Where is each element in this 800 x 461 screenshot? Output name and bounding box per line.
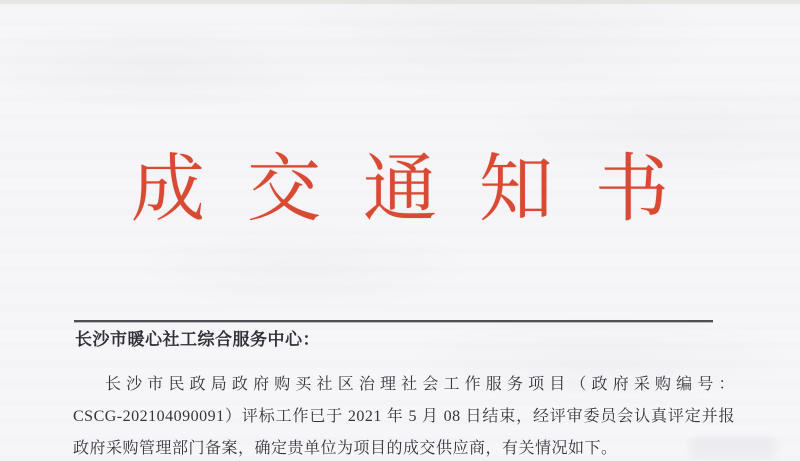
header-rule [74,320,713,322]
body-line-2: CSCG-202104090091）评标工作已于 2021 年 5 月 08 日… [73,401,735,433]
addressee-line: 长沙市暖心社工综合服务中心： [75,330,320,350]
document-title: 成交通知书 [0,140,800,250]
body-paragraph: 长沙市民政局政府购买社区治理社会工作服务项目（政府采购编号： CSCG-2021… [73,369,735,461]
body-line-3: 政府采购管理部门备案，确定贵单位为项目的成交供应商，有关情况如下。 [73,433,735,461]
scanned-document-page: 成交通知书 长沙市暖心社工综合服务中心： 长沙市民政局政府购买社区治理社会工作服… [0,0,800,461]
body-line-1: 长沙市民政局政府购买社区治理社会工作服务项目（政府采购编号： [73,369,735,401]
scan-edge-band [0,0,800,4]
